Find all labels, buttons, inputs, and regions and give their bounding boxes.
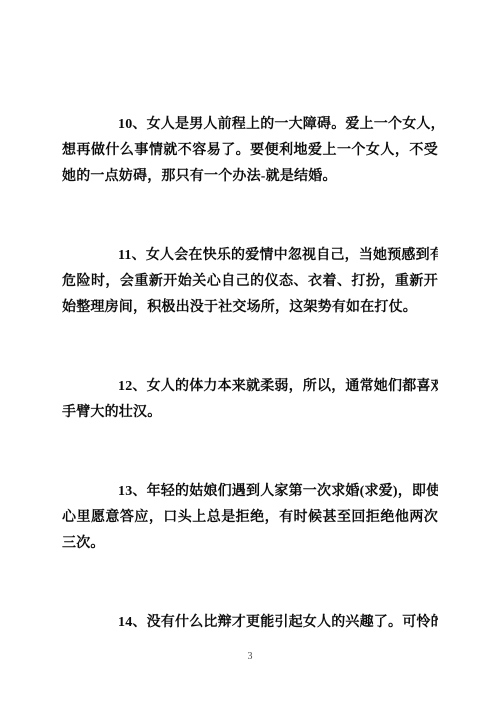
document-page: 10、女人是男人前程上的一大障碍。爱上一个女人， 想再做什么事情就不容易了。要便… [0,0,500,707]
paragraph-11: 11、女人会在快乐的爱情中忽视自己，当她预感到有 危险时，会重新开始关心自己的仪… [62,243,438,321]
paragraph-line: 14、没有什么比辩才更能引起女人的兴趣了。可怜的 [62,610,438,636]
paragraph-line: 危险时，会重新开始关心自己的仪态、衣着、打扮，重新开 [62,269,438,295]
paragraph-line: 三次。 [62,531,438,557]
paragraph-line: 手臂大的壮汉。 [62,400,438,426]
paragraph-line: 心里愿意答应，口头上总是拒绝，有时候甚至回拒绝他两次 [62,505,438,531]
paragraph-line: 11、女人会在快乐的爱情中忽视自己，当她预感到有 [62,243,438,269]
text-block: 10、女人是男人前程上的一大障碍。爱上一个女人， 想再做什么事情就不容易了。要便… [62,112,438,689]
paragraph-14: 14、没有什么比辩才更能引起女人的兴趣了。可怜的 [62,610,438,636]
page-number: 3 [0,650,500,664]
paragraph-10: 10、女人是男人前程上的一大障碍。爱上一个女人， 想再做什么事情就不容易了。要便… [62,112,438,190]
paragraph-13: 13、年轻的姑娘们遇到人家第一次求婚(求爱)，即使 心里愿意答应，口头上总是拒绝… [62,479,438,557]
paragraph-line: 始整理房间，积极出没于社交场所，这架势有如在打仗。 [62,295,438,321]
paragraph-line: 12、女人的体力本来就柔弱，所以，通常她们都喜欢 [62,374,438,400]
paragraph-line: 13、年轻的姑娘们遇到人家第一次求婚(求爱)，即使 [62,479,438,505]
paragraph-line: 想再做什么事情就不容易了。要便利地爱上一个女人，不受 [62,138,438,164]
paragraph-12: 12、女人的体力本来就柔弱，所以，通常她们都喜欢 手臂大的壮汉。 [62,374,438,426]
paragraph-line: 10、女人是男人前程上的一大障碍。爱上一个女人， [62,112,438,138]
paragraph-line: 她的一点妨碍，那只有一个办法-就是结婚。 [62,164,438,190]
